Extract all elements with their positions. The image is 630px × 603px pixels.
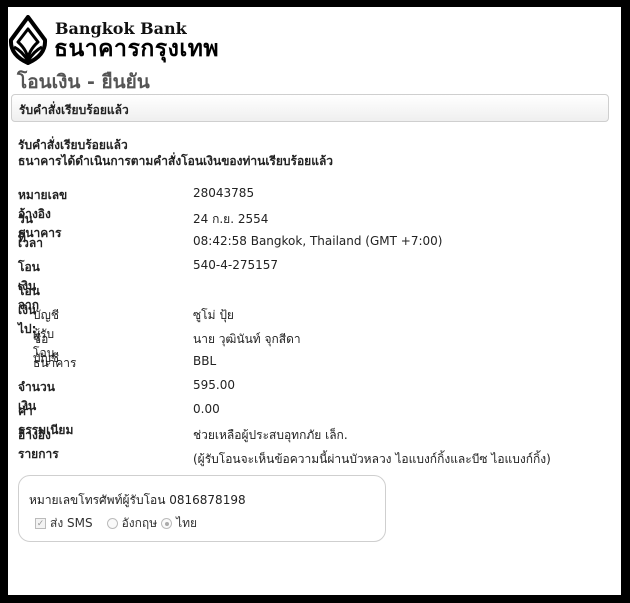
value: 24 ก.ย. 2554 (193, 210, 268, 229)
confirmation-line-2: ธนาคารได้ดำเนินการตามคำสั่งโอนเงินของท่า… (18, 153, 333, 169)
value: 540-4-275157 (193, 258, 278, 272)
recipient-phone: หมายเลขโทรศัพท์ผู้รับโอน 0816878198 (29, 491, 246, 510)
value: 0.00 (193, 402, 220, 416)
value: 595.00 (193, 378, 235, 392)
send-sms-label: ส่ง SMS (50, 514, 93, 533)
value: 08:42:58 Bangkok, Thailand (GMT +7:00) (193, 234, 442, 248)
sms-options: ✓ ส่ง SMS อังกฤษ ไทย (35, 514, 211, 533)
brand-name-th: ธนาคารกรุงเทพ (54, 35, 219, 63)
page-title: โอนเงิน - ยืนยัน (17, 67, 150, 97)
value: 28043785 (193, 186, 254, 200)
label: เวลา (18, 234, 43, 253)
language-radio-english[interactable] (107, 518, 118, 529)
send-sms-checkbox[interactable]: ✓ (35, 518, 46, 529)
page: Bangkok Bank ธนาคารกรุงเทพ โอนเงิน - ยืน… (8, 7, 621, 595)
value: BBL (193, 354, 216, 368)
label: อ้างอิงรายการ (18, 426, 59, 464)
language-label-thai: ไทย (176, 514, 197, 533)
value: ช่วยเหลือผู้ประสบอุทกภัย เล็ก. (193, 426, 348, 445)
value: นาย วุฒินันท์ จุกสีดา (193, 330, 301, 349)
language-radio-thai[interactable] (161, 518, 172, 529)
lotus-leaf-icon (8, 15, 48, 65)
sms-notification-box: หมายเลขโทรศัพท์ผู้รับโอน 0816878198 ✓ ส่… (18, 475, 386, 542)
label: ธนาคาร (33, 354, 76, 373)
confirmation-message: รับคำสั่งเรียบร้อยแล้ว ธนาคารได้ดำเนินกา… (18, 137, 333, 169)
language-label-english: อังกฤษ (122, 514, 158, 533)
status-bar: รับคำสั่งเรียบร้อยแล้ว (11, 94, 609, 122)
bank-logo: Bangkok Bank ธนาคารกรุงเทพ (8, 13, 268, 65)
confirmation-line-1: รับคำสั่งเรียบร้อยแล้ว (18, 137, 333, 153)
memo-note: (ผู้รับโอนจะเห็นข้อความนี้ผ่านบัวหลวง ไอ… (193, 450, 551, 469)
status-bar-text: รับคำสั่งเรียบร้อยแล้ว (19, 101, 129, 120)
value: ซูโม่ ปุ้ย (193, 306, 234, 325)
checkmark-icon: ✓ (37, 519, 45, 529)
